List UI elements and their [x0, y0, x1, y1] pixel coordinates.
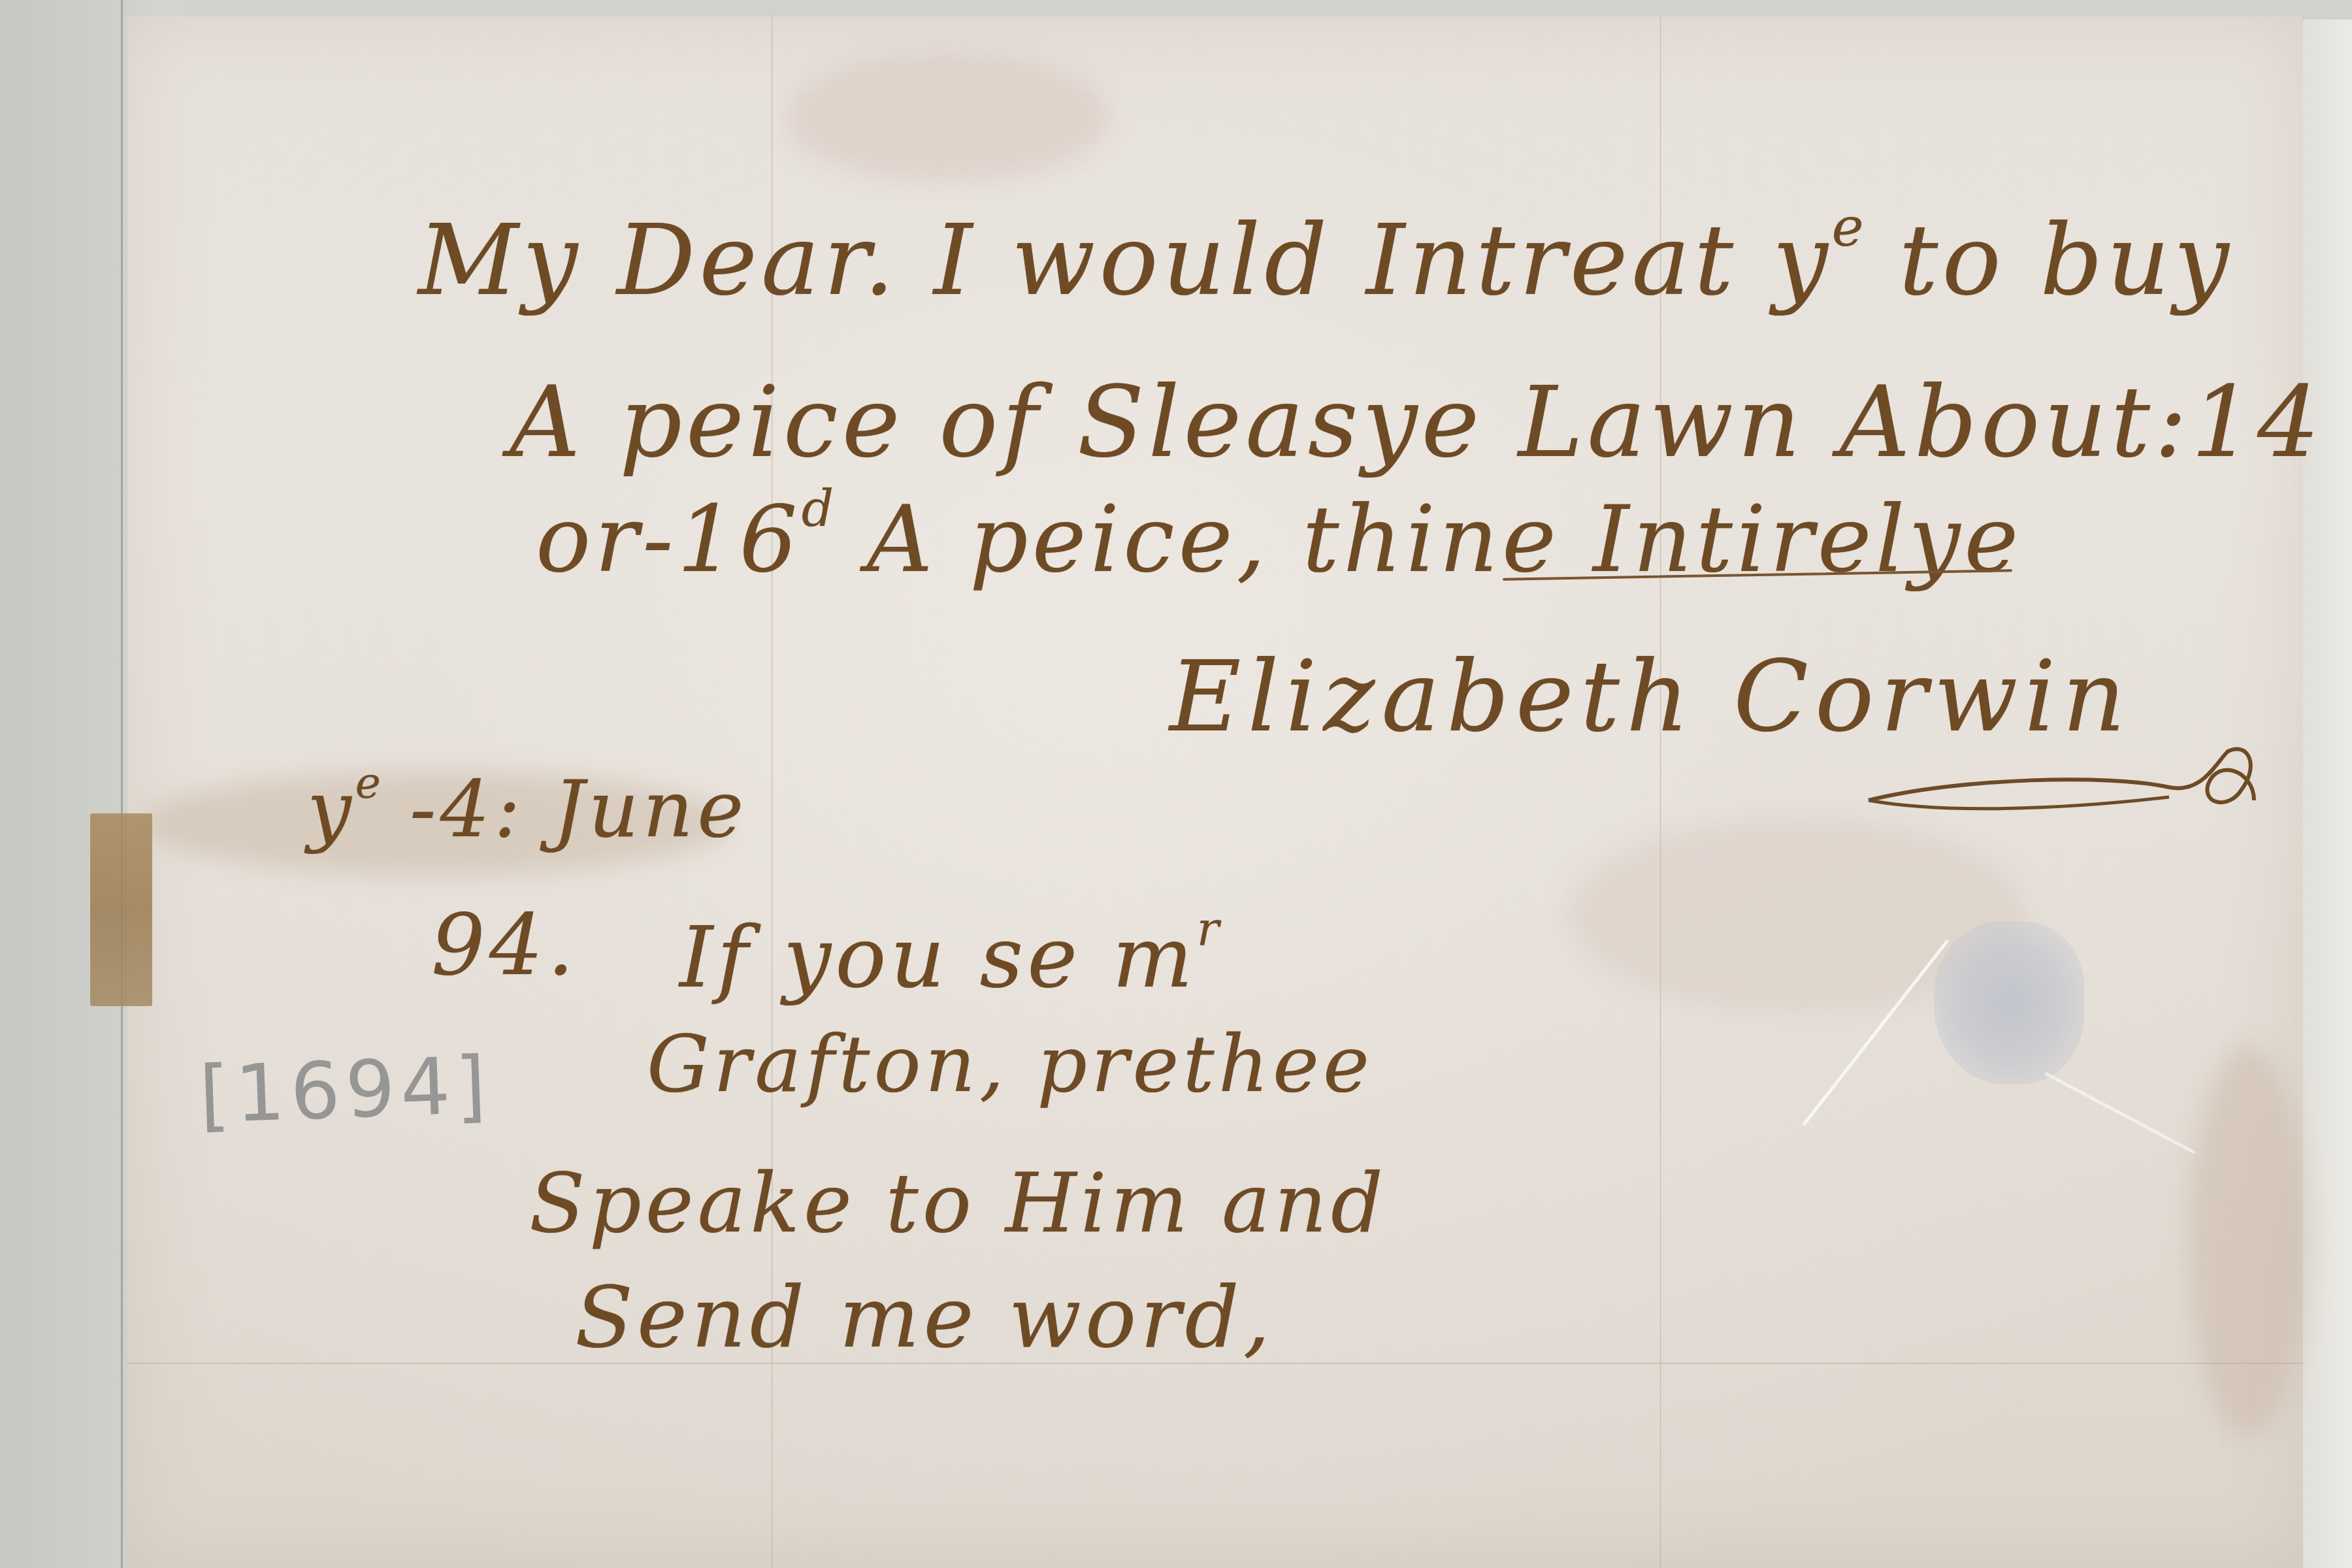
- letter-text: to buy: [1864, 204, 2233, 318]
- superscript: e: [355, 758, 381, 808]
- superscript: e: [1832, 196, 1864, 259]
- letter-text: or-16: [536, 487, 802, 593]
- date-prefix: y: [307, 764, 355, 855]
- signature: Elizabeth Corwin: [1169, 640, 2132, 754]
- archival-pencil-annotation: [1694]: [198, 1040, 493, 1141]
- paper-margin-strip: [2303, 20, 2352, 1568]
- photo-stage: My Dear. I would Intreat ye to buy A pei…: [0, 0, 2352, 1568]
- seal-mark: [1934, 921, 2084, 1085]
- date-line: ye -4: June: [307, 758, 747, 855]
- postscript-line-2: Grafton, prethee: [647, 1019, 1373, 1110]
- date-text: -4: June: [381, 764, 747, 855]
- mount-edge: [121, 0, 123, 1568]
- repair-tape: [90, 813, 152, 1006]
- letter-text: My Dear. I would Intreat y: [418, 204, 1832, 318]
- letter-line-3: or-16d A peice, thine Intirelye: [536, 480, 2022, 593]
- date-year: 94.: [431, 895, 578, 994]
- letter-line-2: A peice of Sleasye Lawn About:14: [510, 366, 2324, 480]
- letter-text: A peice, thine Intirelye: [834, 487, 2022, 593]
- water-stain: [784, 52, 1111, 183]
- signature-flourish-icon: [1862, 738, 2267, 817]
- letter-line-1: My Dear. I would Intreat ye to buy: [418, 196, 2233, 318]
- postscript-line-3: Speake to Him and: [529, 1156, 1387, 1251]
- postscript-line-4: Send me word,: [575, 1267, 1274, 1367]
- postscript-line-1: If you se mr: [679, 902, 1219, 1007]
- superscript: r: [1197, 902, 1219, 956]
- edge-stain: [2189, 1045, 2306, 1437]
- superscript: d: [802, 480, 834, 538]
- postscript-text: If you se m: [679, 907, 1197, 1007]
